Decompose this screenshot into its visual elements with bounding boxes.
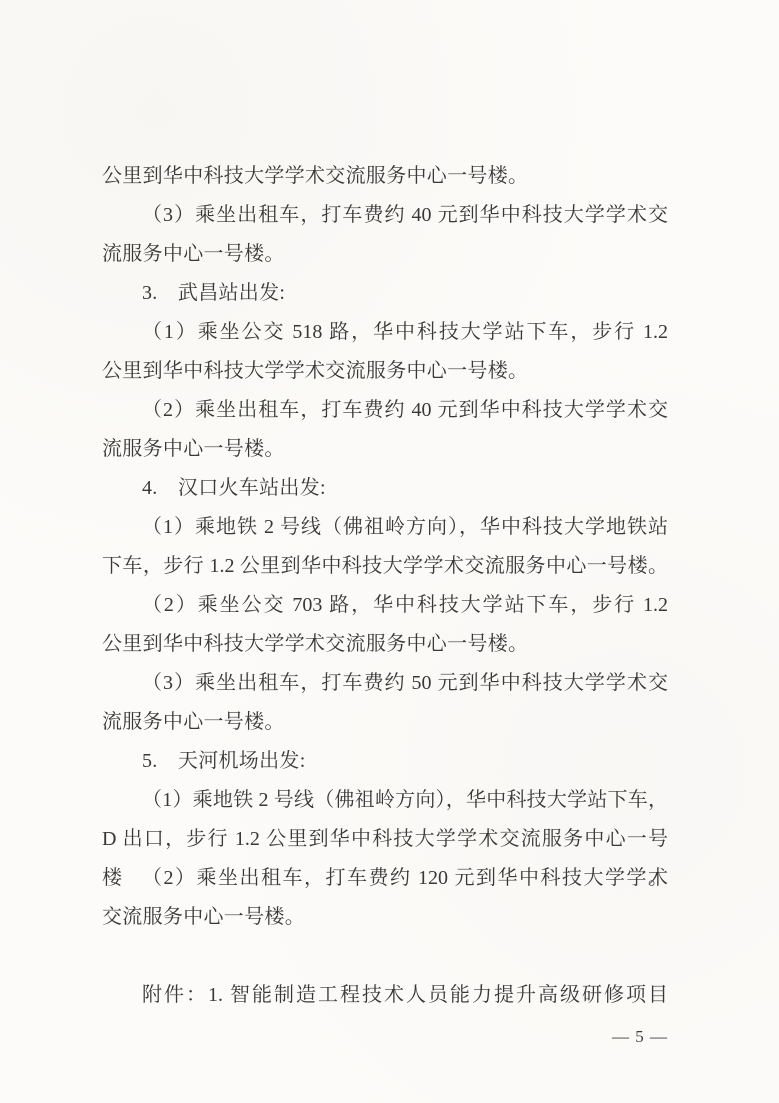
text-line: （1）乘坐公交 518 路，华中科技大学站下车，步行 1.2 (102, 313, 668, 352)
document-page: 公里到华中科技大学学术交流服务中心一号楼。 （3）乘坐出租车，打车费约 40 元… (0, 0, 779, 1103)
section-heading-wuchang-station: 3. 武昌站出发: (102, 274, 668, 313)
text-line: 流服务中心一号楼。 (102, 703, 668, 742)
document-body-text: 公里到华中科技大学学术交流服务中心一号楼。 （3）乘坐出租车，打车费约 40 元… (102, 157, 668, 1015)
text-line: （1）乘地铁 2 号线（佛祖岭方向），华中科技大学地铁站 (102, 508, 668, 547)
text-line: 流服务中心一号楼。 (102, 430, 668, 469)
text-line: 公里到华中科技大学学术交流服务中心一号楼。 (102, 352, 668, 391)
section-heading-hankou-station: 4. 汉口火车站出发: (102, 469, 668, 508)
text-line: （2）乘坐公交 703 路，华中科技大学站下车，步行 1.2 (102, 586, 668, 625)
text-line: D 出口，步行 1.2 公里到华中科技大学学术交流服务中心一号楼。 (102, 820, 668, 859)
page-number: — 5 — (102, 1017, 668, 1056)
text-line: （1）乘地铁 2 号线（佛祖岭方向），华中科技大学站下车， (102, 781, 668, 820)
text-line: 公里到华中科技大学学术交流服务中心一号楼。 (102, 157, 668, 196)
text-line: （2）乘坐出租车，打车费约 40 元到华中科技大学学术交 (102, 391, 668, 430)
text-line: 公里到华中科技大学学术交流服务中心一号楼。 (102, 625, 668, 664)
text-line: 流服务中心一号楼。 (102, 235, 668, 274)
attachment-line: 附件：1. 智能制造工程技术人员能力提升高级研修项目 (102, 976, 668, 1015)
section-heading-tianhe-airport: 5. 天河机场出发: (102, 742, 668, 781)
text-line: 交流服务中心一号楼。 (102, 898, 668, 937)
text-line: （2）乘坐出租车，打车费约 120 元到华中科技大学学术 (102, 859, 668, 898)
text-line: （3）乘坐出租车，打车费约 40 元到华中科技大学学术交 (102, 196, 668, 235)
text-line: 下车，步行 1.2 公里到华中科技大学学术交流服务中心一号楼。 (102, 547, 668, 586)
text-line: （3）乘坐出租车，打车费约 50 元到华中科技大学学术交 (102, 664, 668, 703)
blank-line (102, 937, 668, 976)
